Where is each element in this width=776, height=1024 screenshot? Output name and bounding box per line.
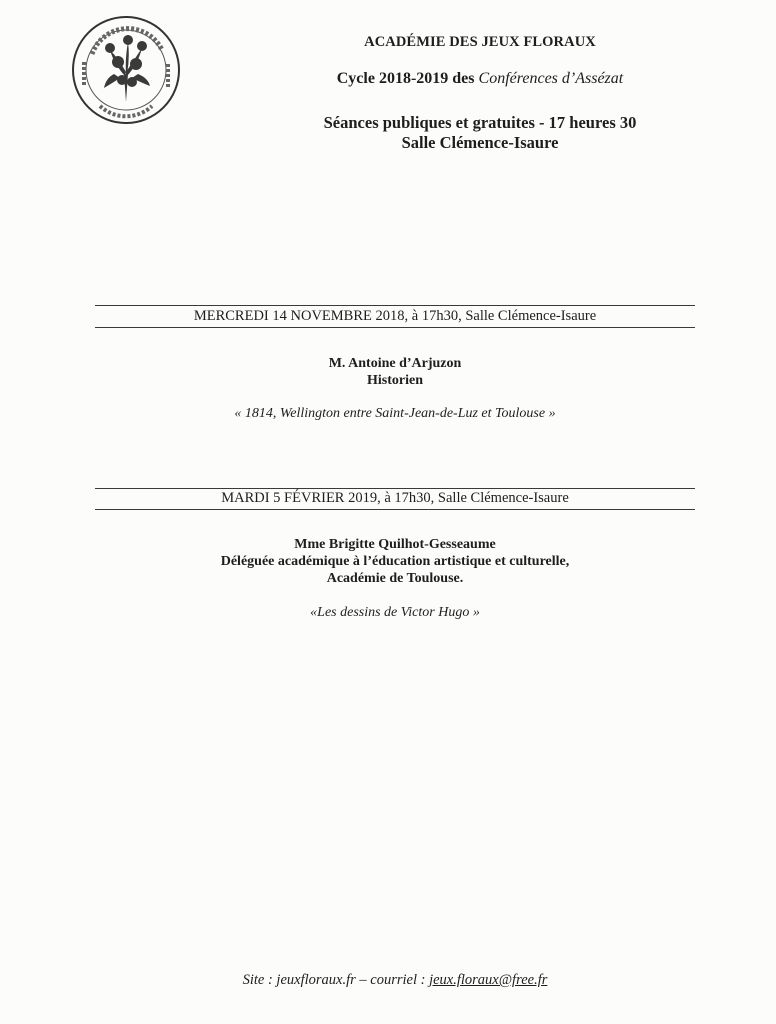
event-1-role: Historien: [95, 372, 695, 389]
event-2-speaker: Mme Brigitte Quilhot-Gesseaume: [95, 536, 695, 553]
event-2-role-institution: Académie de Toulouse.: [95, 570, 695, 587]
event-2-speaker-block: Mme Brigitte Quilhot-Gesseaume Déléguée …: [95, 536, 695, 587]
divider: [95, 327, 695, 328]
cycle-prefix: Cycle 2018-2019 des: [337, 70, 479, 87]
session-info: Séances publiques et gratuites - 17 heur…: [280, 113, 680, 153]
event-1-talk-title: « 1814, Wellington entre Saint-Jean-de-L…: [95, 406, 695, 422]
session-schedule: Séances publiques et gratuites - 17 heur…: [280, 113, 680, 133]
footer-contact: Site : jeuxfloraux.fr – courriel : jeux.…: [95, 972, 695, 989]
session-venue: Salle Clémence-Isaure: [280, 133, 680, 153]
event-1-speaker-block: M. Antoine d’Arjuzon Historien: [95, 355, 695, 389]
event-2-talk-title: «Les dessins de Victor Hugo »: [95, 605, 695, 621]
academy-name: ACADÉMIE DES JEUX FLORAUX: [280, 34, 680, 51]
event-2-role: Déléguée académique à l’éducation artist…: [95, 553, 695, 570]
event-2-date: MARDI 5 FÉVRIER 2019, à 17h30, Salle Clé…: [95, 490, 695, 507]
footer-email-link[interactable]: jeux.floraux@free.fr: [429, 972, 547, 988]
cycle-series-name: Conférences d’Assézat: [479, 70, 624, 87]
event-1-date: MERCREDI 14 NOVEMBRE 2018, à 17h30, Sall…: [95, 308, 695, 325]
divider: [95, 509, 695, 510]
event-1-speaker: M. Antoine d’Arjuzon: [95, 355, 695, 372]
cycle-title: Cycle 2018-2019 des Conférences d’Asséza…: [280, 70, 680, 88]
document-page: ACADÉMIE DES JEUX FLORAUX Cycle 2018-201…: [0, 0, 776, 1024]
divider: [95, 305, 695, 306]
academy-seal-icon: [70, 14, 182, 126]
footer-site: Site : jeuxfloraux.fr – courriel :: [243, 972, 429, 988]
divider: [95, 488, 695, 489]
